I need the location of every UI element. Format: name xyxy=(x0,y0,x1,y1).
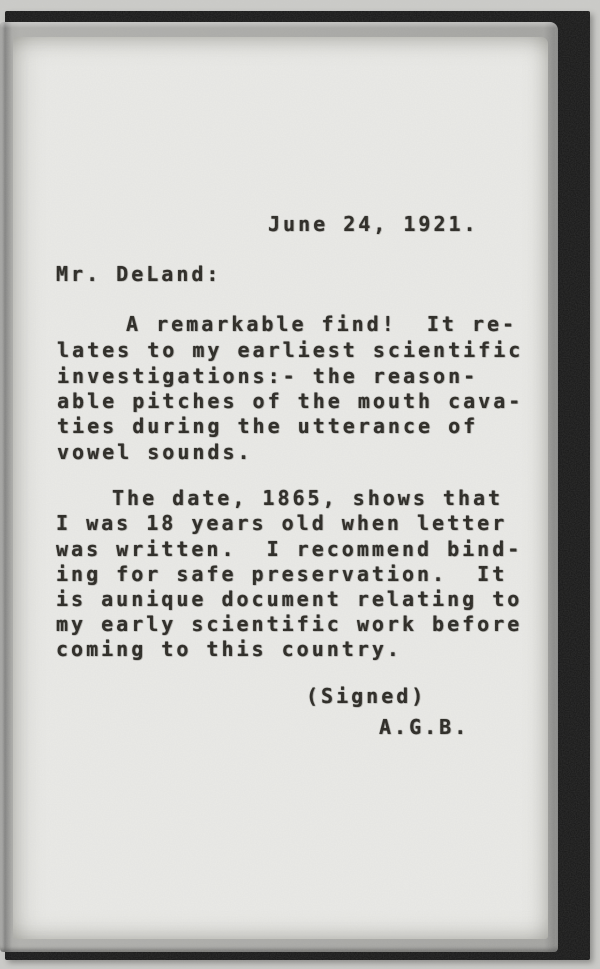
letter-line: my early scientific work before xyxy=(56,614,522,634)
signature-initials: A.G.B. xyxy=(379,717,469,737)
letter-line: A remarkable find! It re- xyxy=(126,314,517,334)
letter-line: The date, 1865, shows that xyxy=(112,488,503,508)
letter-text: June 24, 1921. Mr. DeLand: A remarkable … xyxy=(0,0,600,969)
letter-line: lates to my earliest scientific xyxy=(57,340,523,360)
letter-line: ties during the utterance of xyxy=(57,416,478,436)
letter-line: was written. I recommend bind- xyxy=(56,539,522,559)
scanned-letter-photo: June 24, 1921. Mr. DeLand: A remarkable … xyxy=(0,0,600,969)
letter-line: able pitches of the mouth cava- xyxy=(57,391,523,411)
signature-signed-label: (Signed) xyxy=(306,686,426,706)
letter-line: is aunique document relating to xyxy=(56,589,522,609)
letter-line: ing for safe preservation. It xyxy=(56,564,507,584)
letter-line: investigations:- the reason- xyxy=(57,366,478,386)
letter-salutation: Mr. DeLand: xyxy=(56,264,221,284)
letter-line: coming to this country. xyxy=(56,639,402,659)
letter-line: I was 18 years old when letter xyxy=(56,513,507,533)
letter-line: vowel sounds. xyxy=(57,442,253,462)
letter-date: June 24, 1921. xyxy=(268,214,479,234)
